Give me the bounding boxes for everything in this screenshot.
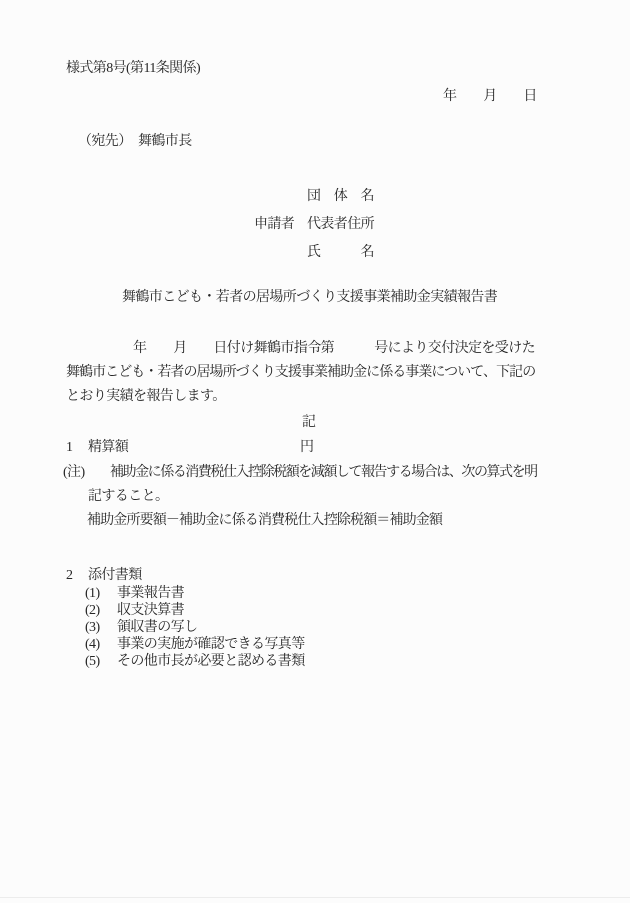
note-line-2: 記すること。: [88, 489, 168, 505]
note-formula: 補助金所要額－補助金に係る消費税仕入控除税額＝補助金額: [87, 513, 442, 529]
item2-number: 2: [66, 568, 72, 584]
item1-number: 1: [66, 440, 72, 456]
addressee-line: （宛先） 舞鶴市長: [78, 134, 192, 150]
document-title: 舞鶴市こども・若者の居場所づくり支援事業補助金実績報告書: [122, 290, 497, 306]
applicant-rep-address: 代表者住所: [307, 217, 374, 233]
applicant-org-name: 団 体 名: [307, 189, 374, 205]
date-line: 年 月 日: [443, 89, 537, 105]
attachment-item-text: 収支決算書: [117, 603, 184, 619]
note-label: (注): [63, 465, 85, 481]
attachment-item-text: 事業報告書: [117, 586, 184, 602]
attachment-item-number: (3): [85, 620, 100, 636]
document-page: 様式第8号(第11条関係) 年 月 日 （宛先） 舞鶴市長 団 体 名 申請者 …: [0, 0, 630, 903]
attachment-item-number: (2): [85, 603, 100, 619]
attachment-item-text: 領収書の写し: [117, 620, 197, 636]
applicant-label: 申請者: [254, 217, 294, 233]
page-bottom-edge: [0, 897, 630, 898]
note-line-1: 補助金に係る消費税仕入控除税額を減額して報告する場合は、次の算式を明: [110, 465, 537, 481]
item2-label: 添付書類: [88, 568, 142, 584]
body-line-3: とおり実績を報告します。: [66, 389, 226, 405]
attachment-item-number: (4): [85, 637, 100, 653]
record-heading: 記: [302, 415, 315, 431]
item1-label: 精算額: [88, 440, 128, 456]
attachment-item-text: その他市長が必要と認める書類: [117, 654, 305, 670]
attachment-item-number: (5): [85, 654, 100, 670]
applicant-name: 氏 名: [307, 245, 374, 261]
item1-unit-yen: 円: [300, 440, 313, 456]
body-line-2: 舞鶴市こども・若者の居場所づくり支援事業補助金に係る事業について、下記の: [66, 365, 535, 381]
body-line-1: 年 月 日付け舞鶴市指令第 号により交付決定を受けた: [66, 341, 535, 357]
attachment-item-text: 事業の実施が確認できる写真等: [117, 637, 305, 653]
form-number: 様式第8号(第11条関係): [66, 61, 200, 77]
attachment-item-number: (1): [85, 586, 100, 602]
